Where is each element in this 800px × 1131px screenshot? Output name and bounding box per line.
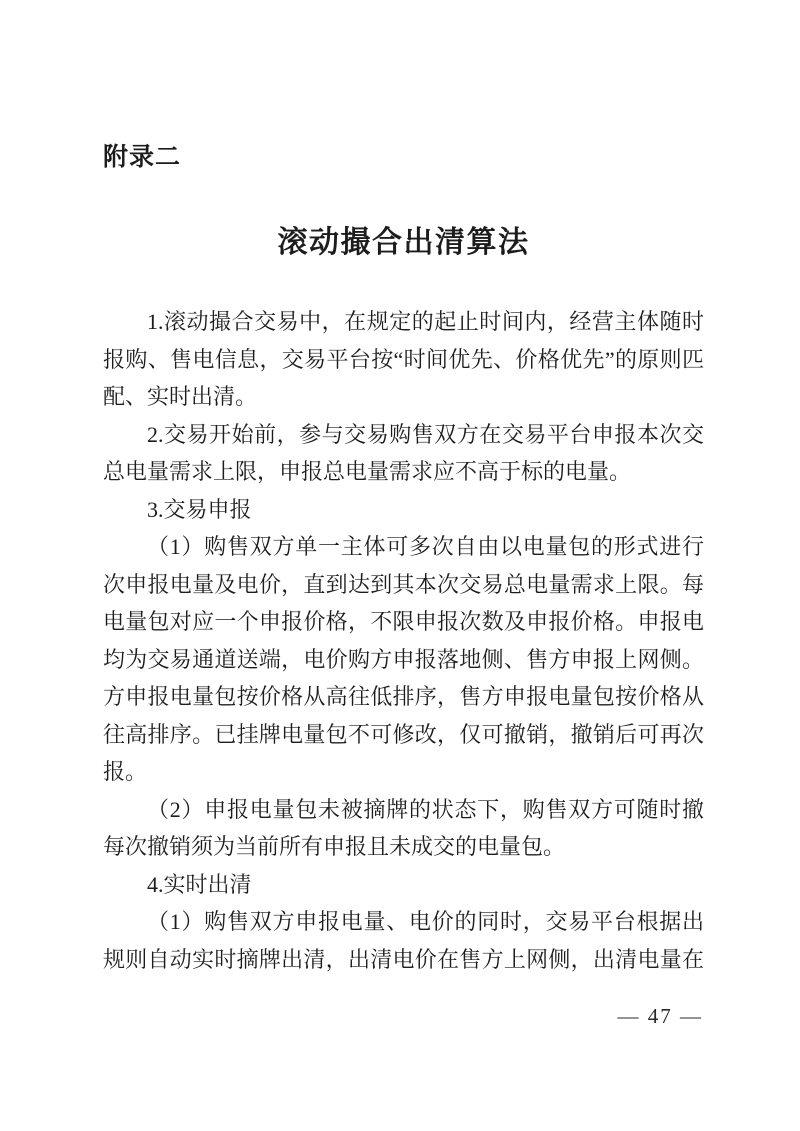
text-line: 均为交易通道送端，电价购方申报落地侧、售方申报上网侧。购 (103, 641, 704, 679)
text-line: 3.交易申报 (103, 491, 704, 529)
paragraph-2: 2.交易开始前，参与交易购售双方在交易平台申报本次交易 总电量需求上限，申报总电… (103, 416, 704, 491)
text-line: 往高排序。已挂牌电量包不可修改，仅可撤销，撤销后可再次申 (103, 716, 704, 754)
paragraph-7: （1）购售双方申报电量、电价的同时，交易平台根据出清 规则自动实时摘牌出清，出清… (103, 903, 704, 978)
text-line: 报。 (103, 753, 704, 791)
text-line: （1）购售双方申报电量、电价的同时，交易平台根据出清 (103, 903, 704, 941)
text-line: 总电量需求上限，申报总电量需求应不高于标的电量。 (103, 453, 704, 491)
text-line: 2.交易开始前，参与交易购售双方在交易平台申报本次交易 (103, 416, 704, 454)
text-line: 报购、售电信息，交易平台按“时间优先、价格优先”的原则匹 (103, 341, 704, 379)
text-line: 规则自动实时摘牌出清，出清电价在售方上网侧，出清电量在交 (103, 941, 704, 979)
paragraph-5: （2）申报电量包未被摘牌的状态下，购售双方可随时撤回， 每次撤销须为当前所有申报… (103, 791, 704, 866)
text-line: （1）购售双方单一主体可多次自由以电量包的形式进行逐 (103, 528, 704, 566)
document-title: 滚动撮合出清算法 (103, 217, 704, 261)
text-line: 1.滚动撮合交易中，在规定的起止时间内，经营主体随时申 (103, 303, 704, 341)
paragraph-3: 3.交易申报 (103, 491, 704, 529)
text-line: 电量包对应一个申报价格，不限申报次数及申报价格。申报电量 (103, 603, 704, 641)
paragraph-6: 4.实时出清 (103, 866, 704, 904)
document-body: 1.滚动撮合交易中，在规定的起止时间内，经营主体随时申 报购、售电信息，交易平台… (103, 303, 704, 978)
page-number: — 47 — (618, 1004, 704, 1029)
text-line: 次申报电量及电价，直到达到其本次交易总电量需求上限。每个 (103, 566, 704, 604)
text-line: 配、实时出清。 (103, 378, 704, 416)
document-page: 附录二 滚动撮合出清算法 1.滚动撮合交易中，在规定的起止时间内，经营主体随时申… (0, 0, 800, 1131)
text-line: 每次撤销须为当前所有申报且未成交的电量包。 (103, 828, 704, 866)
appendix-label: 附录二 (103, 137, 181, 173)
paragraph-4: （1）购售双方单一主体可多次自由以电量包的形式进行逐 次申报电量及电价，直到达到… (103, 528, 704, 791)
text-line: （2）申报电量包未被摘牌的状态下，购售双方可随时撤回， (103, 791, 704, 829)
text-line: 方申报电量包按价格从高往低排序，售方申报电量包按价格从低 (103, 678, 704, 716)
text-line: 4.实时出清 (103, 866, 704, 904)
paragraph-1: 1.滚动撮合交易中，在规定的起止时间内，经营主体随时申 报购、售电信息，交易平台… (103, 303, 704, 416)
